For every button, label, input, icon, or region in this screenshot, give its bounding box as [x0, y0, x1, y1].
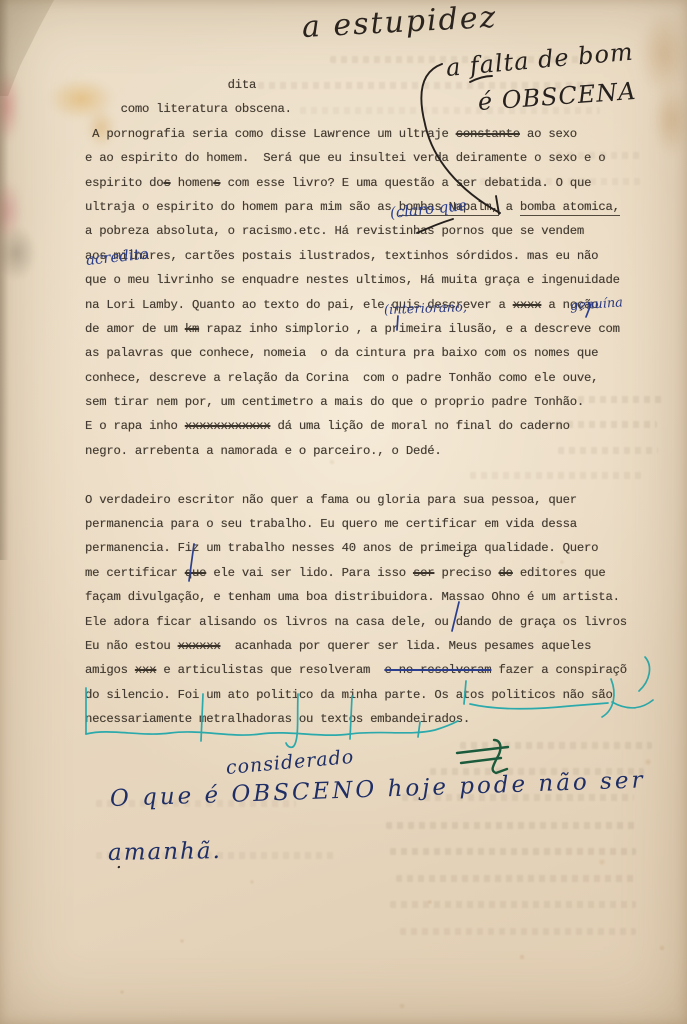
typed-line: amigos xxx e articulistas que resolveram… — [85, 658, 627, 682]
typed-segment: s — [213, 176, 220, 190]
typed-segment: km — [185, 322, 199, 336]
typed-segment: de amor de um — [85, 322, 185, 336]
typed-segment: ele vai ser lido. Para isso — [206, 566, 413, 580]
bleed-through-text — [386, 822, 638, 829]
typewritten-text: dita como literatura obscena. A pornogra… — [85, 73, 627, 732]
typed-segment: xxxxxxxxxxxx — [185, 419, 271, 433]
typed-line: A pornografia seria como disse Lawrence … — [85, 122, 627, 146]
typed-segment: A pornografia seria como disse Lawrence … — [85, 127, 456, 141]
typed-segment: s — [163, 176, 170, 190]
typed-line: necessariamente metralhadoras ou textos … — [85, 707, 627, 731]
handwriting-amanha: amanhã. — [108, 838, 222, 866]
typed-line: O verdadeiro escritor não quer a fama ou… — [85, 488, 627, 512]
typed-segment: conhece, descreve a relação da Corina co… — [85, 371, 598, 385]
typed-segment: editores que — [513, 566, 606, 580]
typed-line: a pobreza absoluta, o racismo.etc. Há re… — [85, 219, 627, 243]
handwriting-a-estupidez: a estupidez — [301, 0, 498, 45]
typed-line: Ele adora ficar alisando os livros na ca… — [85, 610, 627, 634]
handwriting-interiorano: (interiorano, — [384, 300, 467, 318]
document-page: dita como literatura obscena. A pornogra… — [0, 0, 687, 1024]
typed-line: espirito dos homens com esse livro? E um… — [85, 171, 627, 195]
typed-line: as palavras que conhece, nomeia o da cin… — [85, 341, 627, 365]
handwriting-considerado: considerado — [225, 746, 355, 779]
typed-segment: espirito do — [85, 176, 163, 190]
typed-segment: e ne resolveram — [384, 663, 491, 677]
paper-stain — [638, 12, 687, 96]
paper-stain — [652, 84, 687, 156]
typed-segment: homen — [171, 176, 214, 190]
typed-segment: e articulistas que resolveram — [156, 663, 384, 677]
typed-segment: as palavras que conhece, nomeia o da cin… — [85, 346, 598, 360]
bleed-through-text — [396, 875, 636, 882]
typed-segment: rapaz inho simplorio , a primeira ilusão… — [199, 322, 620, 336]
typed-segment: permanencia. Fiz um trabalho nesses 40 a… — [85, 541, 598, 555]
typed-segment: do silencio. Foi um ato politico da minh… — [85, 688, 613, 702]
typed-line: negro. arrebenta a namorada e o parceiro… — [85, 439, 627, 463]
typed-line: Eu não estou xxxxxx acanhada por querer … — [85, 634, 627, 658]
typed-line: ultraja o espirito do homem para mim são… — [85, 195, 627, 219]
bleed-through-text — [400, 928, 636, 935]
bleed-through-text — [390, 901, 636, 908]
typed-segment: O verdadeiro escritor não quer a fama ou… — [85, 493, 577, 507]
typed-segment: xxxx — [513, 298, 542, 312]
typed-segment: negro. arrebenta a namorada e o parceiro… — [85, 444, 441, 458]
typed-line: conhece, descreve a relação da Corina co… — [85, 366, 627, 390]
bleed-through-text — [390, 848, 636, 855]
typed-segment: fazer a conspiraçõ — [491, 663, 626, 677]
typed-segment: que o meu livrinho se enquadre nestes ul… — [85, 273, 620, 287]
typed-line: na Lori Lamby. Quanto ao texto do pai, e… — [85, 293, 627, 317]
typed-line: e ao espirito do homem. Será que eu insu… — [85, 146, 627, 170]
typed-line: sem tirar nem por, um centimetro a mais … — [85, 390, 627, 414]
typed-segment: xxx — [135, 663, 156, 677]
typed-segment: bomba atomica, — [520, 200, 620, 216]
typed-segment: façam divulgação, e tenham uma boa distr… — [85, 590, 620, 604]
typed-line: façam divulgação, e tenham uma boa distr… — [85, 585, 627, 609]
paper-edge-shadow — [0, 0, 9, 560]
typed-segment: Ele adora ficar alisando os livros na ca… — [85, 615, 627, 629]
typed-segment: sem tirar nem por, um centimetro a mais … — [85, 395, 584, 409]
typed-segment: preciso — [434, 566, 498, 580]
typed-line: que o meu livrinho se enquadre nestes ul… — [85, 268, 627, 292]
typed-segment: a pobreza absoluta, o racismo.etc. Há re… — [85, 224, 584, 238]
typed-line: permanencia. Fiz um trabalho nesses 40 a… — [85, 536, 627, 560]
typed-line: aos milhares, cartões postais ilustrados… — [85, 244, 627, 268]
typed-segment: ao sexo — [520, 127, 577, 141]
typed-segment: Eu não estou — [85, 639, 178, 653]
typed-segment: ser — [413, 566, 434, 580]
typed-line: me certificar que ele vai ser lido. Para… — [85, 561, 627, 585]
typed-segment: com esse livro? E uma questão a ser deba… — [221, 176, 592, 190]
typed-segment: dita — [85, 78, 256, 92]
typed-line — [85, 463, 627, 487]
typed-segment: a — [499, 200, 520, 214]
typed-segment: E o rapa inho — [85, 419, 185, 433]
bleed-through-text — [460, 742, 652, 749]
typed-line: permanencia para o seu trabalho. Eu quer… — [85, 512, 627, 536]
typed-segment: permanencia para o seu trabalho. Eu quer… — [85, 517, 577, 531]
typed-segment: xxxxxx — [178, 639, 221, 653]
typed-segment: constante — [456, 127, 520, 141]
typed-segment: e ao espirito do homem. Será que eu insu… — [85, 151, 605, 165]
handwriting-obsceno-sentence: O que é OBSCENO hoje pode não ser — [110, 767, 646, 812]
typed-segment: como literatura obscena. — [85, 102, 292, 116]
typed-line: do silencio. Foi um ato politico da minh… — [85, 683, 627, 707]
typed-segment: de — [499, 566, 513, 580]
typed-segment: ultraja o espirito do homem para mim são… — [85, 200, 399, 214]
typed-segment: aos milhares, cartões postais ilustrados… — [85, 249, 598, 263]
typed-segment: necessariamente metralhadoras ou textos … — [85, 712, 470, 726]
typed-segment: me certificar — [85, 566, 185, 580]
typed-segment: acanhada por querer ser lida. Meus pesam… — [220, 639, 591, 653]
typed-segment: dá uma lição de moral no final do cadern… — [270, 419, 569, 433]
typed-line: E o rapa inho xxxxxxxxxxxx dá uma lição … — [85, 414, 627, 438]
typed-line: de amor de um km rapaz inho simplorio , … — [85, 317, 627, 341]
typed-segment: amigos — [85, 663, 135, 677]
handwriting-e-inserted: é — [463, 545, 471, 561]
typed-segment: que — [185, 566, 206, 580]
stray-ink-dot: . — [116, 852, 122, 873]
